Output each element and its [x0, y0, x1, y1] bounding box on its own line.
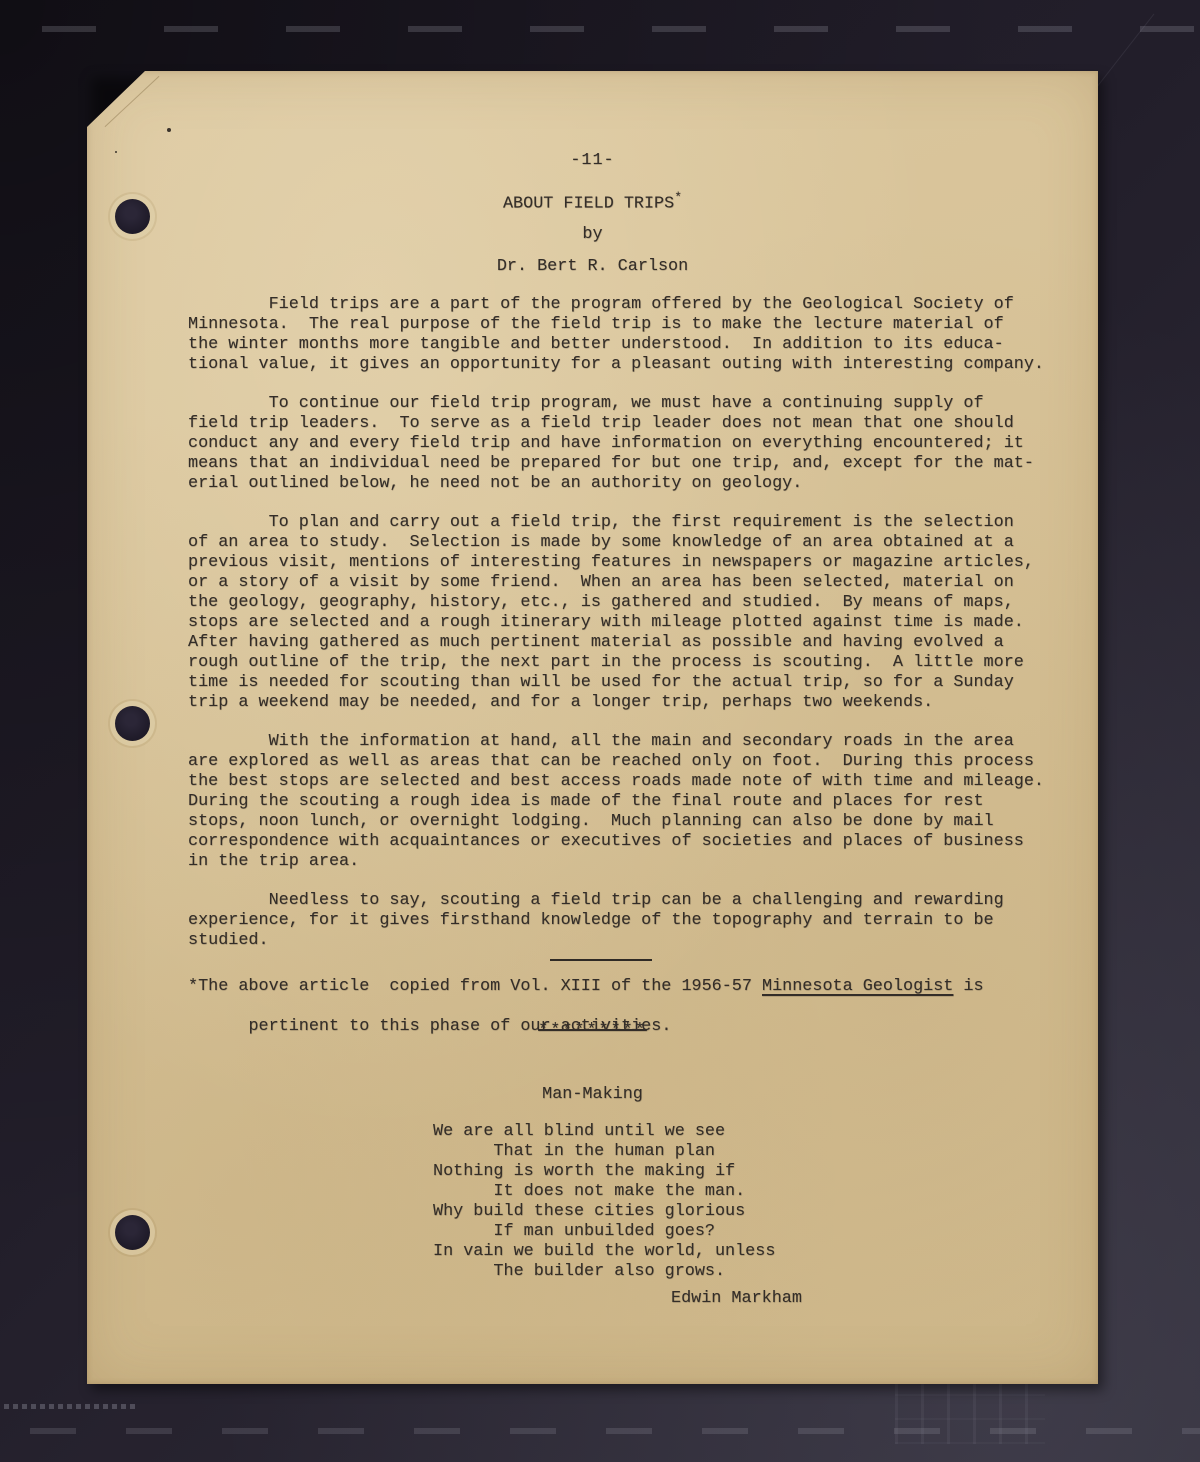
document-page: -11- ABOUT FIELD TRIPS* by Dr. Bert R. C… [87, 71, 1098, 1384]
scan-artifact-bottom-left [4, 1404, 136, 1409]
footnote-text-post: is [953, 977, 983, 996]
paragraph-4: With the information at hand, all the ma… [188, 732, 1093, 872]
author-name: Dr. Bert R. Carlson [87, 257, 1098, 277]
scan-artifact-bottom-right [895, 1382, 1045, 1444]
footnote-marker: * [674, 190, 682, 205]
paragraph-2: To continue our field trip program, we m… [188, 394, 1093, 494]
punch-hole-middle [115, 706, 150, 741]
paper-speck [167, 128, 171, 132]
asterisk-divider: ********* [87, 1021, 1098, 1041]
paragraph-1: Field trips are a part of the program of… [188, 295, 1093, 375]
paragraph-3: To plan and carry out a field trip, the … [188, 513, 1093, 713]
punch-hole-bottom [115, 1215, 150, 1250]
page-number: -11- [87, 151, 1098, 171]
scanner-background: -11- ABOUT FIELD TRIPS* by Dr. Bert R. C… [0, 0, 1200, 1462]
article-title: ABOUT FIELD TRIPS* [87, 188, 1098, 215]
byline: by [87, 225, 1098, 245]
poem-body: We are all blind until we see That in th… [433, 1122, 775, 1282]
article-title-text: ABOUT FIELD TRIPS [503, 195, 674, 214]
poem-attribution: Edwin Markham [671, 1289, 802, 1309]
paragraph-5: Needless to say, scouting a field trip c… [188, 891, 1093, 951]
footnote-divider-line [550, 959, 652, 961]
footnote-text-pre: *The above article copied from Vol. XIII… [188, 977, 762, 996]
film-edge-marks-top [42, 26, 1200, 32]
journal-title-underlined: Minnesota Geologist [762, 977, 953, 996]
poem-title: Man-Making [87, 1085, 1098, 1105]
